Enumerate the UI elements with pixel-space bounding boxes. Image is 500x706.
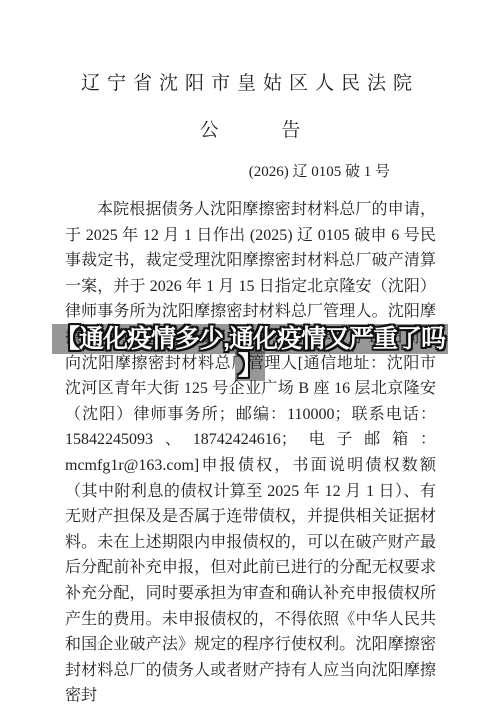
court-name-heading: 辽宁省沈阳市皇姑区人民法院 [0,0,500,95]
announcement-body: 本院根据债务人沈阳摩擦密封材料总厂的申请，于 2025 年 12 月 1 日作出… [0,181,500,706]
case-number: (2026) 辽 0105 破 1 号 [0,142,500,181]
announcement-page: 辽宁省沈阳市皇姑区人民法院 公 告 (2026) 辽 0105 破 1 号 本院… [0,0,500,706]
announcement-title: 公 告 [0,95,500,142]
